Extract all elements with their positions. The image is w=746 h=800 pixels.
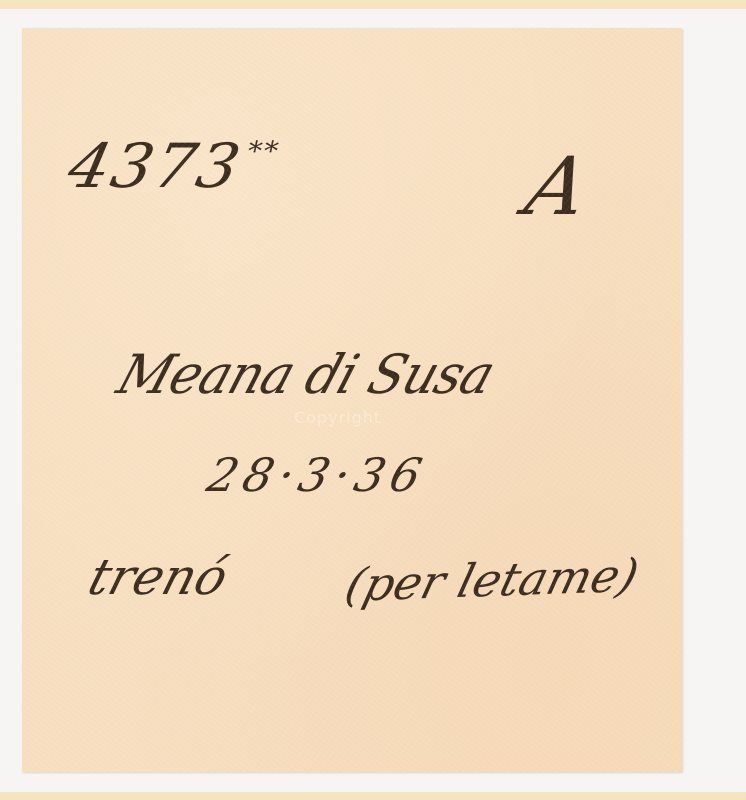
bottom-edge-strip bbox=[0, 792, 746, 800]
catalog-star-marks: ** bbox=[244, 136, 283, 167]
transport-mode-text: trenó bbox=[82, 548, 235, 606]
date-text: 28·3·36 bbox=[202, 448, 433, 502]
parenthetical-note: (per letame) bbox=[340, 548, 644, 612]
handwritten-label-paper: 4373** A Meana di Susa Copyright 28·3·36… bbox=[22, 28, 682, 772]
catalog-number-value: 4373 bbox=[62, 132, 248, 202]
catalog-number: 4373** bbox=[62, 132, 284, 202]
place-name: Meana di Susa bbox=[110, 343, 502, 406]
grade-letter: A bbox=[517, 140, 598, 233]
copyright-watermark: Copyright bbox=[294, 408, 381, 427]
top-edge-strip bbox=[0, 0, 746, 9]
